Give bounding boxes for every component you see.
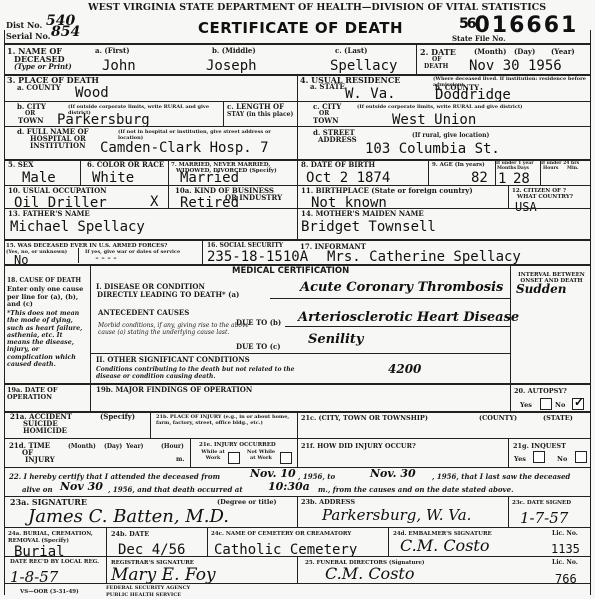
death-certificate: WEST VIRGINIA STATE DEPARTMENT OF HEALTH… [0, 0, 595, 599]
mother-label: 14. MOTHER'S MAIDEN NAME [301, 211, 424, 217]
inquest-yes-label: Yes [514, 456, 526, 462]
burial-date-label: 24b. DATE [111, 531, 149, 537]
res-street-value: 103 Columbia St. [365, 142, 500, 156]
agency-title: WEST VIRGINIA STATE DEPARTMENT OF HEALTH… [88, 4, 546, 12]
divider [416, 44, 417, 74]
birthplace-label: 11. BIRTHPLACE (State or foreign country… [301, 188, 473, 194]
footer-agency-1: FEDERAL SECURITY AGENCY [106, 585, 190, 591]
dob-value: Oct 2 1874 [306, 171, 390, 185]
interval-value: Sudden [516, 282, 567, 296]
injury-year-label: Year) [126, 444, 143, 450]
pod-county-value: Wood [75, 86, 109, 100]
hospital-value: Camden-Clark Hosp. 7 [100, 141, 269, 155]
father-value: Michael Spellacy [10, 220, 145, 234]
date-signed-value: 1-7-57 [520, 509, 568, 527]
not-while-at-work-checkbox[interactable] [280, 452, 292, 464]
divider [90, 265, 91, 383]
divider [4, 467, 591, 468]
res-city-town: TOWN [313, 118, 339, 124]
due-to-c-label: DUE TO (c) [236, 344, 281, 350]
while-at-work-label: While at Work [199, 450, 227, 461]
date-of-death-value: Nov 30 1956 [469, 59, 562, 73]
res-city-value: West Union [392, 113, 476, 127]
injury-city-label: 21c. (CITY, TOWN OR TOWNSHIP) [301, 415, 428, 421]
death-time-value: 10:30a [268, 480, 310, 493]
middle-name-label: b. (Middle) [212, 48, 256, 54]
autopsy-yes-checkbox[interactable] [540, 398, 552, 410]
embalmer-lic-label: Lic. No. [552, 531, 578, 537]
res-state-label: a. STATE [310, 84, 345, 90]
physician-address: Parkersburg, W. Va. [322, 506, 471, 524]
res-state-value: W. Va. [345, 87, 396, 101]
inquest-no-checkbox[interactable] [575, 451, 587, 463]
divider [297, 497, 298, 527]
days-value: 28 [513, 172, 530, 186]
occupation-mark: X [150, 195, 158, 209]
serial-number: 854 [51, 24, 80, 40]
inquest-no-label: No [557, 456, 567, 462]
received-label: DATE REC'D BY LOCAL REG. [10, 559, 102, 565]
certify-text-3: m., from the causes and on the date stat… [318, 487, 514, 493]
first-name-value: John [102, 59, 136, 73]
injury-county-label: (COUNTY) [479, 415, 517, 421]
divider [4, 583, 591, 584]
injury-hour-label: (Hour) [161, 444, 184, 450]
res-street-note: (If rural, give location) [412, 133, 489, 139]
due-to-b-label: DUE TO (b) [236, 320, 281, 326]
divider [297, 439, 298, 467]
name-label-3: (Type or Print) [14, 63, 72, 71]
first-name-label: a. (First) [95, 48, 130, 54]
footer-agency-2: PUBLIC HEALTH SERVICE [106, 592, 181, 598]
cause-b-line [285, 326, 510, 327]
father-label: 13. FATHER'S NAME [8, 211, 90, 217]
divider [297, 101, 591, 102]
divider [297, 126, 591, 127]
month-label: (Month) [474, 49, 506, 55]
divider [388, 528, 389, 556]
cause-footnote: *This does not mean the mode of dying, s… [7, 310, 87, 368]
occupation-label: 10. USUAL OCCUPATION [8, 188, 107, 194]
autopsy-no-checkbox[interactable]: ✓ [572, 398, 584, 410]
operation-findings-label: 19b. MAJOR FINDINGS OF OPERATION [96, 387, 252, 393]
while-at-work-checkbox[interactable] [228, 452, 240, 464]
divider [168, 160, 169, 185]
divider [297, 208, 298, 240]
physician-signature: James C. Batten, M.D. [28, 506, 229, 527]
part2-note: Conditions contributing to the death but… [96, 366, 296, 380]
day-label: (Day) [514, 49, 535, 55]
pod-city-value: Parkersburg [57, 113, 150, 127]
sex-label: 5. SEX [8, 162, 34, 168]
cause-a-line [270, 298, 510, 299]
stay-label: c. LENGTH OF [227, 104, 284, 110]
divider [508, 185, 509, 208]
degree-label: (Degree or title) [217, 499, 277, 505]
divider [4, 383, 591, 385]
citizen-value: USA [515, 200, 537, 214]
autopsy-label: 20. AUTOPSY? [514, 388, 567, 394]
cause-a-value: Acute Coronary Thrombosis [300, 280, 503, 295]
divider [80, 160, 81, 185]
injury-month-label: (Month) [68, 444, 96, 450]
funeral-director-signature: C.M. Costo [325, 564, 414, 583]
attended-from-value: Nov. 10 [250, 467, 296, 480]
mother-value: Bridget Townsell [301, 220, 436, 234]
divider [4, 527, 591, 528]
sex-value: Male [22, 171, 56, 185]
burial-method-label: 24a. BURIAL, CREMATION, REMOVAL (Specify… [8, 531, 106, 544]
date-of-death-death: DEATH [424, 64, 448, 70]
divider [106, 557, 107, 583]
divider [428, 160, 429, 185]
pod-city-town: TOWN [18, 118, 44, 124]
divider [168, 185, 169, 208]
divider [297, 557, 298, 583]
autopsy-no-label: No [555, 402, 565, 408]
inquest-yes-checkbox[interactable] [533, 451, 545, 463]
director-lic-label: Lic. No. [552, 560, 578, 566]
divider [508, 497, 509, 527]
divider [150, 412, 151, 438]
part2-label: II. OTHER SIGNIFICANT CONDITIONS [96, 357, 250, 363]
middle-name-value: Joseph [206, 59, 257, 73]
cause-label: 18. CAUSE OF DEATH [7, 278, 81, 284]
certify-text-2: alive on [22, 487, 53, 493]
age-label: 9. AGE (In years) [432, 162, 485, 168]
stay-label-2: STAY (in this place) [227, 112, 293, 118]
how-injury-label: 21f. HOW DID INJURY OCCUR? [301, 443, 416, 449]
form-number: VS—OOR (3-31-49) [20, 589, 79, 595]
dob-label: 8. DATE OF BIRTH [301, 162, 375, 168]
informant-value: Mrs. Catherine Spellacy [327, 250, 521, 264]
part1-label-2: DIRECTLY LEADING TO DEATH* (a) [97, 292, 239, 298]
cause-b-value: Arteriosclerotic Heart Disease [298, 310, 519, 325]
registrar-signature: Mary E. Foy [111, 565, 216, 585]
last-name-value: Spellacy [330, 59, 397, 73]
last-name-label: c. (Last) [335, 48, 367, 54]
medical-section-title: MEDICAL CERTIFICATION [232, 267, 349, 275]
res-street-label-2: ADDRESS [318, 137, 357, 143]
months-value: 1 [498, 172, 506, 186]
race-label: 6. COLOR OR RACE [87, 162, 164, 168]
min-label: Min. [567, 166, 579, 172]
operation-date-label: 19a. DATE OF OPERATION [7, 387, 87, 401]
divider [297, 160, 298, 208]
ssn-value: 235-18-1510A [207, 250, 308, 264]
divider [510, 384, 511, 412]
divider [190, 439, 191, 467]
attended-to-value: Nov. 30 [370, 467, 416, 480]
cause-c-value: Senility [308, 332, 364, 347]
embalmer-lic-value: 1135 [551, 542, 580, 556]
signature-label: 23a. SIGNATURE [10, 499, 87, 505]
year-label: (Year) [551, 49, 575, 55]
check-icon: ✓ [574, 396, 584, 408]
divider [297, 412, 298, 438]
specify-label: (Specify) [100, 414, 135, 420]
antecedent-label: ANTECEDENT CAUSES [98, 310, 189, 316]
left-border [4, 30, 5, 595]
dist-label: Dist No. [6, 21, 42, 29]
marital-value: Married [180, 171, 239, 185]
cause-instructions: Enter only one cause per line for (a), (… [7, 286, 87, 309]
injury-m-label: m. [176, 457, 184, 463]
state-file-label: State File No. [452, 35, 506, 43]
divider [4, 239, 591, 241]
divider [207, 528, 208, 556]
injury-time-injury: INJURY [25, 457, 55, 463]
address-label: 23b. ADDRESS [301, 499, 355, 505]
right-border [590, 30, 591, 595]
res-city-note: (If outside corporate limits, write RURA… [357, 104, 523, 110]
divider [223, 101, 224, 126]
age-value: 82 [471, 171, 488, 185]
date-signed-label: 23c. DATE SIGNED [512, 500, 571, 506]
divider [202, 240, 203, 264]
pod-county-label: a. COUNTY [17, 85, 61, 91]
certify-year-2: , 1956, that I last saw the deceased [432, 474, 570, 480]
autopsy-yes-label: Yes [520, 402, 532, 408]
injury-occurred-label: 21e. INJURY OCCURRED [199, 442, 276, 448]
divider [90, 384, 91, 412]
certify-text-1: 22. I hereby certify that I attended the… [9, 474, 220, 480]
divider [106, 528, 107, 556]
homicide-label: HOMICIDE [23, 428, 67, 434]
part2-value: 4200 [388, 362, 421, 376]
inquest-label: 21g. INQUEST [513, 443, 566, 449]
divider [508, 439, 509, 467]
injury-day-label: (Day) [104, 444, 122, 450]
cemetery-label: 24c. NAME OF CEMETERY OR CREAMATORY [211, 531, 351, 537]
divider [510, 265, 511, 383]
res-county-value: Doddridge [435, 88, 511, 102]
not-while-at-work-label: Not While at Work [244, 450, 278, 461]
cemetery-value: Catholic Cemetery [214, 543, 357, 557]
embalmer-signature: C.M. Costo [400, 536, 489, 555]
certify-year-3: , 1956, and that death occurred at [108, 487, 243, 493]
divider [297, 75, 298, 159]
divider [4, 43, 591, 45]
burial-date-value: Dec 4/56 [118, 543, 185, 557]
certificate-title: CERTIFICATE OF DEATH [198, 19, 403, 37]
hours-label: Hours [543, 166, 558, 172]
injury-state-label: (STATE) [543, 415, 573, 421]
hospital-label-3: INSTITUTION [30, 143, 86, 149]
race-value: White [92, 171, 134, 185]
alive-on-value: Nov 30 [60, 480, 103, 493]
divider [78, 248, 79, 263]
divider [90, 353, 510, 354]
injury-place-label: 21b. PLACE OF INJURY (e.g., in or about … [156, 414, 301, 426]
state-file-prefix: 56 [459, 16, 474, 32]
date-of-death-label: 2. DATE [420, 48, 456, 56]
serial-label: Serial No. [6, 32, 50, 40]
